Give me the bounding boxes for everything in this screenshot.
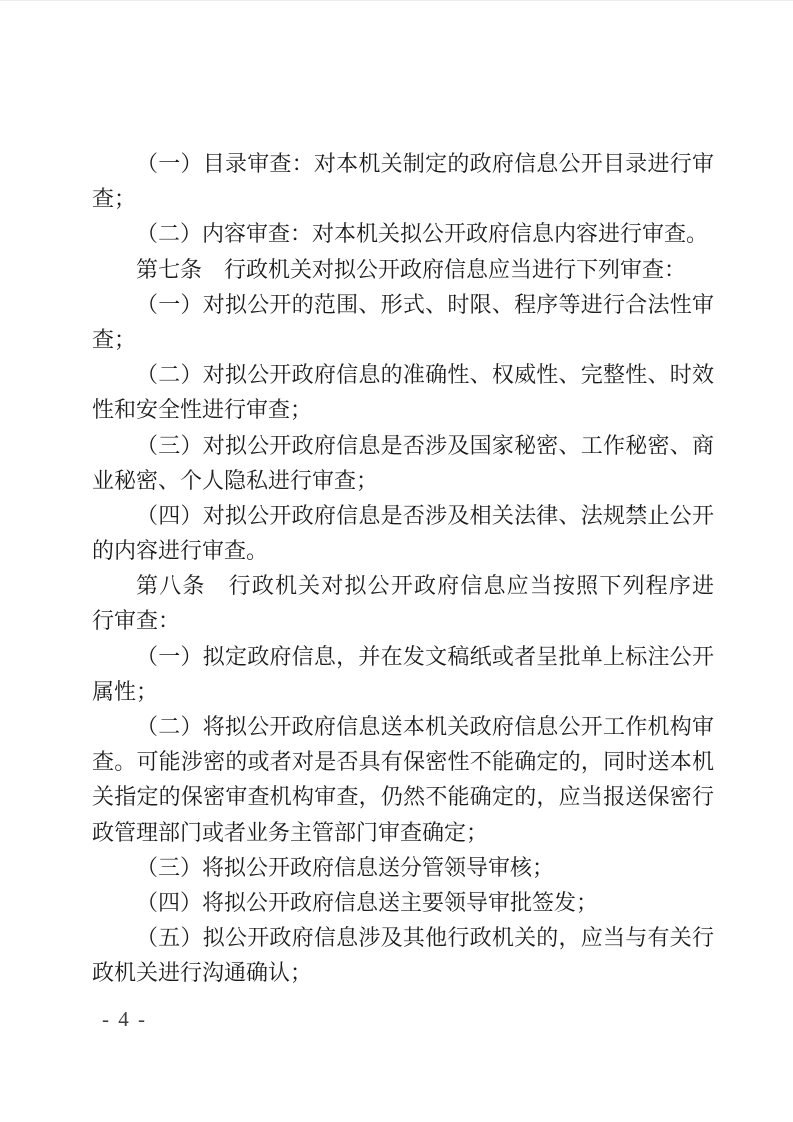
text-line: 关指定的保密审查机构审查，仍然不能确定的，应当报送保密行 [92,779,714,814]
text-line: 行审查： [92,603,714,638]
text-line: （二）内容审查：对本机关拟公开政府信息内容进行审查。 [92,216,714,251]
text-line: （一）目录审查：对本机关制定的政府信息公开目录进行审 [92,146,714,181]
text-line: 查； [92,322,714,357]
text-line: 第八条 行政机关对拟公开政府信息应当按照下列程序进 [92,568,714,603]
text-line: （三）对拟公开政府信息是否涉及国家秘密、工作秘密、商 [92,428,714,463]
text-line: 业秘密、个人隐私进行审查； [92,463,714,498]
text-line: 第七条 行政机关对拟公开政府信息应当进行下列审查： [92,252,714,287]
text-line: 查； [92,181,714,216]
text-line: （一）对拟公开的范围、形式、时限、程序等进行合法性审 [92,287,714,322]
text-line: 性和安全性进行审查； [92,392,714,427]
text-line: （五）拟公开政府信息涉及其他行政机关的，应当与有关行 [92,920,714,955]
text-line: （四）对拟公开政府信息是否涉及相关法律、法规禁止公开 [92,498,714,533]
text-line: （三）将拟公开政府信息送分管领导审核； [92,850,714,885]
text-line: （二）对拟公开政府信息的准确性、权威性、完整性、时效 [92,357,714,392]
text-block: （一）目录审查：对本机关制定的政府信息公开目录进行审查；（二）内容审查：对本机关… [92,146,714,991]
text-line: 政机关进行沟通确认； [92,955,714,990]
text-line: （四）将拟公开政府信息送主要领导审批签发； [92,885,714,920]
text-line: 政管理部门或者业务主管部门审查确定； [92,815,714,850]
text-line: （二）将拟公开政府信息送本机关政府信息公开工作机构审 [92,709,714,744]
text-line: （一）拟定政府信息，并在发文稿纸或者呈批单上标注公开 [92,639,714,674]
document-page: （一）目录审查：对本机关制定的政府信息公开目录进行审查；（二）内容审查：对本机关… [0,0,793,1122]
text-line: 属性； [92,674,714,709]
text-line: 查。可能涉密的或者对是否具有保密性不能确定的，同时送本机 [92,744,714,779]
page-number: - 4 - [102,1005,147,1033]
text-line: 的内容进行审查。 [92,533,714,568]
